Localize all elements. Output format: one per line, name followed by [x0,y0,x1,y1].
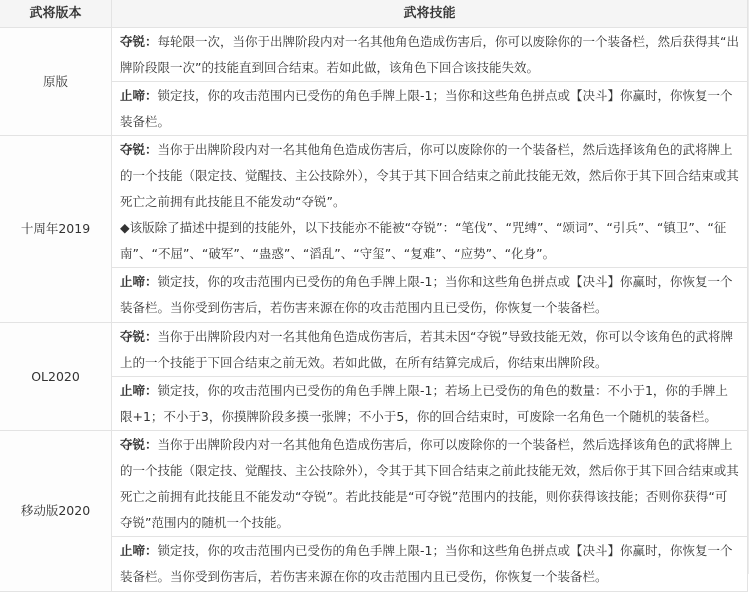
skill-cell: 止啼：锁定技，你的攻击范围内已受伤的角色手牌上限-1；当你和这些角色拼点或【决斗… [112,268,748,323]
skill-name: 夺锐： [120,437,158,452]
header-skills: 武将技能 [112,0,748,28]
skill-cell: 止啼：锁定技，你的攻击范围内已受伤的角色手牌上限-1；若场上已受伤的角色的数量：… [112,377,748,431]
table-row: 止啼：锁定技，你的攻击范围内已受伤的角色手牌上限-1；当你和这些角色拼点或【决斗… [0,268,748,323]
table-row: 止啼：锁定技，你的攻击范围内已受伤的角色手牌上限-1；若场上已受伤的角色的数量：… [0,377,748,431]
table-row: 十周年2019 夺锐：当你于出牌阶段内对一名其他角色造成伤害后，你可以废除你的一… [0,136,748,268]
skill-cell: 夺锐：每轮限一次，当你于出牌阶段内对一名其他角色造成伤害后，你可以废除你的一个装… [112,28,748,82]
header-row: 武将版本 武将技能 [0,0,748,28]
skill-name: 止啼： [120,543,158,558]
skill-cell: 夺锐：当你于出牌阶段内对一名其他角色造成伤害后，你可以废除你的一个装备栏，然后选… [112,431,748,537]
skill-name: 止啼： [120,274,158,289]
skill-note: ◆该版除了描述中提到的技能外，以下技能亦不能被“夺锐”：“笔伐”、“咒缚”、“颂… [120,220,726,261]
table-row: 止啼：锁定技，你的攻击范围内已受伤的角色手牌上限-1；当你和这些角色拼点或【决斗… [0,82,748,136]
version-cell: 原版 [0,28,112,136]
skill-cell: 夺锐：当你于出牌阶段内对一名其他角色造成伤害后，若其未因“夺锐”导致技能无效，你… [112,323,748,377]
skills-table: 武将版本 武将技能 原版 夺锐：每轮限一次，当你于出牌阶段内对一名其他角色造成伤… [0,0,748,574]
skill-text: 当你于出牌阶段内对一名其他角色造成伤害后，你可以废除你的一个装备栏，然后选择该角… [120,437,739,530]
table-row: 移动版2020 夺锐：当你于出牌阶段内对一名其他角色造成伤害后，你可以废除你的一… [0,431,748,537]
header-version: 武将版本 [0,0,112,28]
skill-cell: 止啼：锁定技，你的攻击范围内已受伤的角色手牌上限-1；当你和这些角色拼点或【决斗… [112,537,748,575]
skill-name: 止啼： [120,88,158,103]
table-row: 止啼：锁定技，你的攻击范围内已受伤的角色手牌上限-1；当你和这些角色拼点或【决斗… [0,537,748,575]
skill-text: 当你于出牌阶段内对一名其他角色造成伤害后，若其未因“夺锐”导致技能无效，你可以令… [120,329,733,370]
skill-text: 每轮限一次，当你于出牌阶段内对一名其他角色造成伤害后，你可以废除你的一个装备栏，… [120,34,739,75]
skill-text: 锁定技，你的攻击范围内已受伤的角色手牌上限-1；若场上已受伤的角色的数量：不小于… [120,383,728,424]
version-cell: OL2020 [0,323,112,431]
version-cell: 十周年2019 [0,136,112,323]
skill-text: 当你于出牌阶段内对一名其他角色造成伤害后，你可以废除你的一个装备栏，然后选择该角… [120,142,739,209]
skill-text: 锁定技，你的攻击范围内已受伤的角色手牌上限-1；当你和这些角色拼点或【决斗】你赢… [120,88,732,129]
skill-text: 锁定技，你的攻击范围内已受伤的角色手牌上限-1；当你和这些角色拼点或【决斗】你赢… [120,543,732,574]
page-edge [748,0,756,574]
table-row: OL2020 夺锐：当你于出牌阶段内对一名其他角色造成伤害后，若其未因“夺锐”导… [0,323,748,377]
table-row: 原版 夺锐：每轮限一次，当你于出牌阶段内对一名其他角色造成伤害后，你可以废除你的… [0,28,748,82]
skill-name: 夺锐： [120,329,158,344]
skill-name: 夺锐： [120,34,158,49]
skill-cell: 夺锐：当你于出牌阶段内对一名其他角色造成伤害后，你可以废除你的一个装备栏，然后选… [112,136,748,268]
version-cell: 移动版2020 [0,431,112,575]
skill-name: 夺锐： [120,142,158,157]
skill-cell: 止啼：锁定技，你的攻击范围内已受伤的角色手牌上限-1；当你和这些角色拼点或【决斗… [112,82,748,136]
skill-name: 止啼： [120,383,158,398]
skill-text: 锁定技，你的攻击范围内已受伤的角色手牌上限-1；当你和这些角色拼点或【决斗】你赢… [120,274,732,315]
